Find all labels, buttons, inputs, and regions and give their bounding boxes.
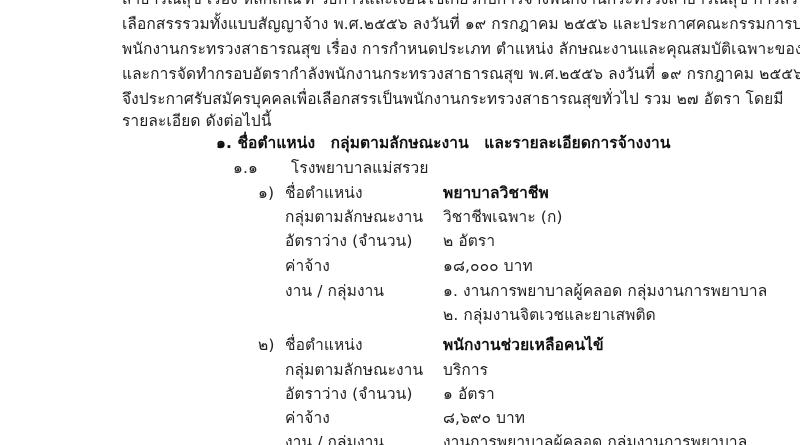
position-2-group: บริการ [443, 360, 488, 380]
intro-paragraph-line-2: เลือกสรรรวมทั้งแบบสัญญาจ้าง พ.ศ.๒๕๕๖ ลงว… [122, 14, 772, 34]
intro-paragraph-line-6: รายละเอียด ดังต่อไปนี้ [122, 111, 272, 131]
subsection-title: โรงพยาบาลแม่สรวย [291, 158, 429, 178]
intro-paragraph-line-5: จึงประกาศรับสมัครบุคคลเพื่อเลือกสรรเป็นพ… [122, 89, 772, 109]
position-1-work-unit-1: ๑. งานการพยาบาลผู้คลอด กลุ่มงานการพยาบาล [443, 281, 767, 301]
document-page: สาธารณสุข เรื่อง หลักเกณฑ์ วิธีการและเงื… [0, 0, 800, 445]
position-1-work-unit-2: ๒. กลุ่มงานจิตเวชและยาเสพติด [443, 305, 656, 325]
intro-paragraph-line-4: และการจัดทำกรอบอัตรากำลังพนักงานกระทรวงส… [122, 64, 772, 84]
position-1-label-position: ชื่อตำแหน่ง [285, 183, 363, 203]
position-1-label-vacancy: อัตราว่าง (จำนวน) [285, 231, 412, 251]
position-2-label-wage: ค่าจ้าง [285, 408, 330, 428]
position-2-name: พนักงานช่วยเหลือคนไข้ [443, 335, 604, 355]
position-1-group: วิชาชีพเฉพาะ (ก) [443, 207, 563, 227]
position-1-label-work-unit: งาน / กลุ่มงาน [285, 281, 384, 301]
position-1-wage: ๑๘,๐๐๐ บาท [443, 256, 533, 276]
position-1-label-group: กลุ่มตามลักษณะงาน [285, 207, 423, 227]
subsection-number: ๑.๑ [233, 158, 258, 178]
intro-paragraph-line-3: พนักงานกระทรวงสาธารณสุข เรื่อง การกำหนดป… [122, 39, 772, 59]
position-2-wage: ๘,๖๙๐ บาท [443, 408, 525, 428]
section-heading: ๑. ชื่อตำแหน่ง กลุ่มตามลักษณะงาน และรายล… [216, 133, 671, 153]
position-1-label-wage: ค่าจ้าง [285, 256, 330, 276]
section-title-part1: ชื่อตำแหน่ง [237, 134, 315, 152]
position-2-label-vacancy: อัตราว่าง (จำนวน) [285, 384, 412, 404]
intro-paragraph-line-1: สาธารณสุข เรื่อง หลักเกณฑ์ วิธีการและเงื… [122, 0, 772, 9]
section-title-part2: กลุ่มตามลักษณะงาน [331, 134, 469, 152]
position-2-label-position: ชื่อตำแหน่ง [285, 335, 363, 355]
position-1-number: ๑) [258, 183, 274, 203]
position-2-label-work-unit: งาน / กลุ่มงาน [285, 432, 384, 445]
position-2-number: ๒) [258, 335, 274, 355]
position-2-work-unit-1: งานการพยาบาลผู้คลอด กลุ่มงานการพยาบาล [443, 432, 747, 445]
section-title-part3: และรายละเอียดการจ้างงาน [484, 134, 670, 152]
position-1-vacancy: ๒ อัตรา [443, 231, 495, 251]
position-2-label-group: กลุ่มตามลักษณะงาน [285, 360, 423, 380]
position-1-name: พยาบาลวิชาชีพ [443, 183, 549, 203]
position-2-vacancy: ๑ อัตรา [443, 384, 495, 404]
section-number: ๑. [216, 134, 232, 152]
